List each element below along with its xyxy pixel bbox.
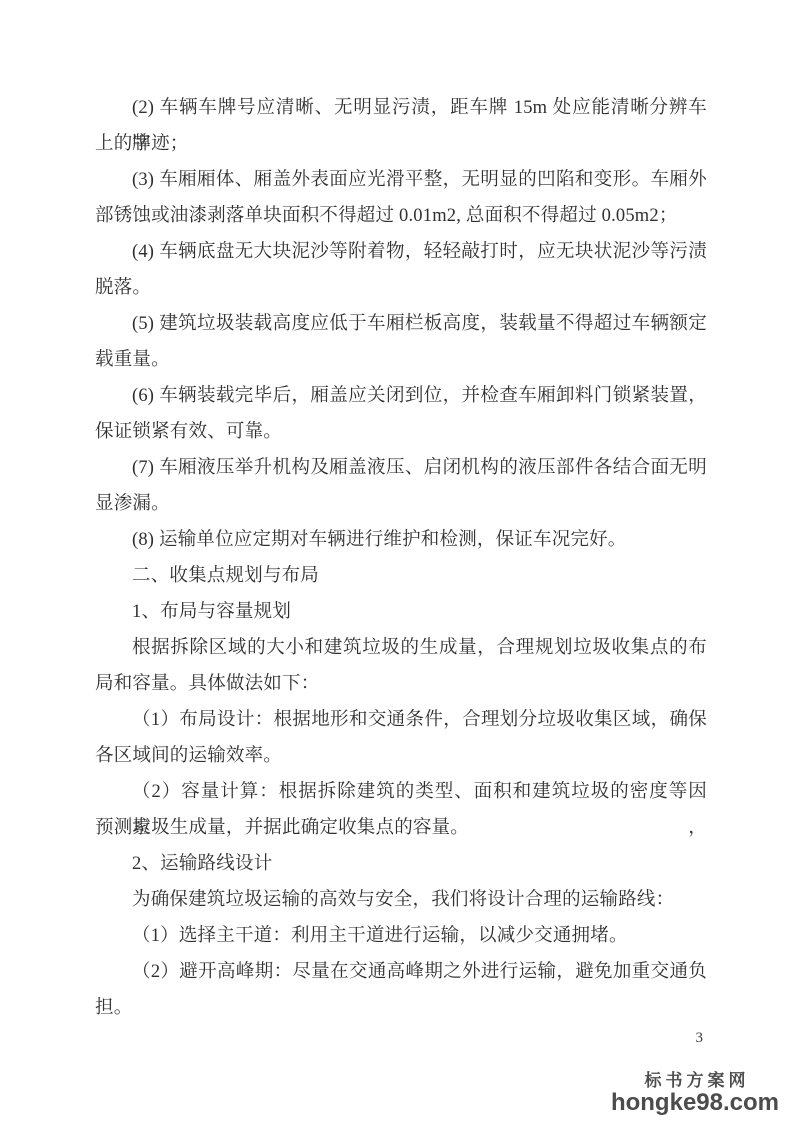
text-line: 保证锁紧有效、可靠。: [95, 414, 707, 450]
text-line: 显渗漏。: [95, 486, 707, 522]
text-line: (2) 车辆车牌号应清晰、无明显污渍，距车牌 15m 处应能清晰分辨车牌: [95, 90, 707, 126]
text-line: 担。: [95, 990, 707, 1026]
text-line: 1、布局与容量规划: [95, 594, 707, 630]
text-line: 脱落。: [95, 270, 707, 306]
text-line: (3) 车厢厢体、厢盖外表面应光滑平整，无明显的凹陷和变形。车厢外: [95, 162, 707, 198]
page-number: 3: [95, 1030, 703, 1046]
document-page: (2) 车辆车牌号应清晰、无明显污渍，距车牌 15m 处应能清晰分辨车牌上的字迹…: [0, 0, 793, 1122]
text-line: （2）容量计算：根据拆除建筑的类型、面积和建筑垃圾的密度等因素，: [95, 774, 707, 810]
text-line: 各区域间的运输效率。: [95, 738, 707, 774]
text-line: 2、运输路线设计: [95, 846, 707, 882]
watermark-site-name: 标书方案网: [611, 1071, 779, 1090]
text-line: （1）选择主干道：利用主干道进行运输，以减少交通拥堵。: [95, 918, 707, 954]
text-line: (8) 运输单位应定期对车辆进行维护和检测，保证车况完好。: [95, 522, 707, 558]
watermark-site-url: hongke98.com: [611, 1090, 779, 1115]
text-line: 为确保建筑垃圾运输的高效与安全，我们将设计合理的运输路线：: [95, 882, 707, 918]
document-body: (2) 车辆车牌号应清晰、无明显污渍，距车牌 15m 处应能清晰分辨车牌上的字迹…: [95, 90, 707, 1026]
text-line: （1）布局设计：根据地形和交通条件，合理划分垃圾收集区域，确保: [95, 702, 707, 738]
text-line: 载重量。: [95, 342, 707, 378]
text-line: (5) 建筑垃圾装载高度应低于车厢栏板高度，装载量不得超过车辆额定: [95, 306, 707, 342]
text-line: (4) 车辆底盘无大块泥沙等附着物，轻轻敲打时，应无块状泥沙等污渍: [95, 234, 707, 270]
watermark: 标书方案网 hongke98.com: [611, 1071, 779, 1115]
text-line: (6) 车辆装载完毕后，厢盖应关闭到位，并检查车厢卸料门锁紧装置，: [95, 378, 707, 414]
text-line: 局和容量。具体做法如下：: [95, 666, 707, 702]
text-line: 根据拆除区域的大小和建筑垃圾的生成量，合理规划垃圾收集点的布: [95, 630, 707, 666]
text-line: （2）避开高峰期：尽量在交通高峰期之外进行运输，避免加重交通负: [95, 954, 707, 990]
text-line: 上的字迹；: [95, 126, 707, 162]
text-line: (7) 车厢液压举升机构及厢盖液压、启闭机构的液压部件各结合面无明: [95, 450, 707, 486]
text-line: 二、收集点规划与布局: [95, 558, 707, 594]
text-line: 部锈蚀或油漆剥落单块面积不得超过 0.01m2, 总面积不得超过 0.05m2；: [95, 198, 707, 234]
